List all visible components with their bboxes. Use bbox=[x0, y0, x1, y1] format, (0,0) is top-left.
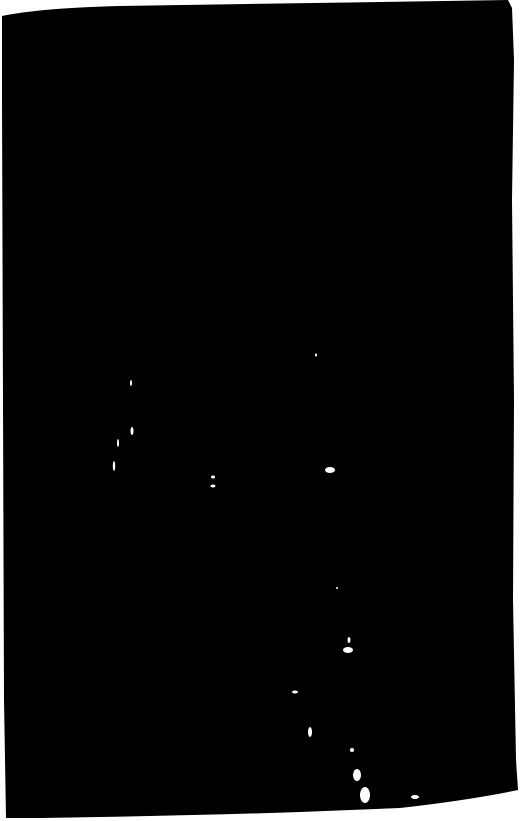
dark-object bbox=[2, 0, 518, 818]
scanned-dark-page bbox=[0, 0, 530, 821]
